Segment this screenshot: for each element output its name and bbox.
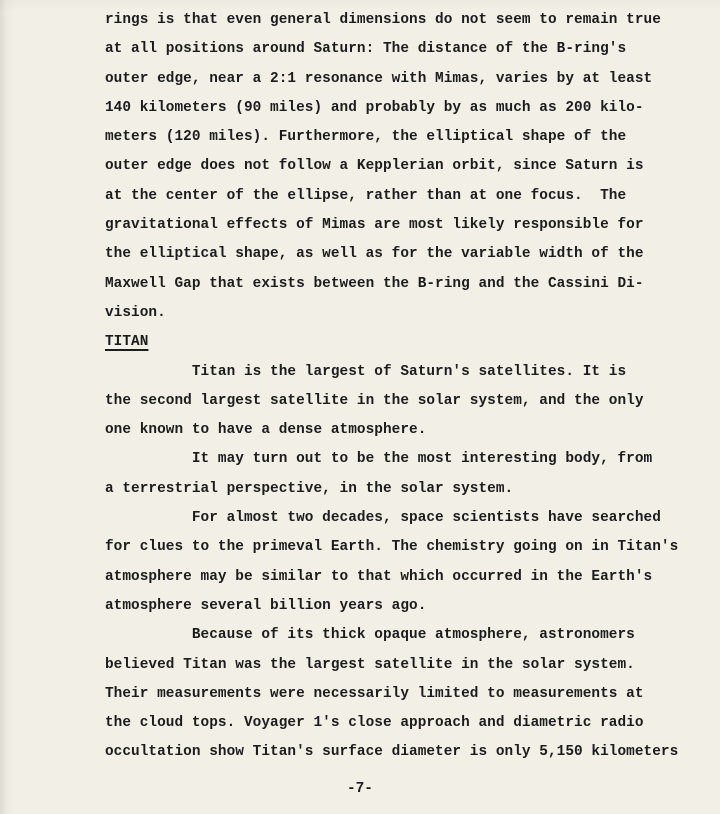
text-line: the cloud tops. Voyager 1's close approa… [105,709,720,738]
page-number: -7- [0,781,720,797]
text-line: Maxwell Gap that exists between the B-ri… [105,270,720,299]
text-line: outer edge, near a 2:1 resonance with Mi… [105,65,720,94]
text-line: a terrestrial perspective, in the solar … [105,475,720,504]
text-line: Titan is the largest of Saturn's satelli… [105,358,720,387]
text-line: meters (120 miles). Furthermore, the ell… [105,123,720,152]
text-line: believed Titan was the largest satellite… [105,651,720,680]
text-line: atmosphere may be similar to that which … [105,563,720,592]
text-line: vision. [105,299,720,328]
text-line: occultation show Titan's surface diamete… [105,738,720,767]
text-line: one known to have a dense atmosphere. [105,416,720,445]
text-line: Because of its thick opaque atmosphere, … [105,621,720,650]
text-line: rings is that even general dimensions do… [105,6,720,35]
text-line: For almost two decades, space scientists… [105,504,720,533]
text-line: for clues to the primeval Earth. The che… [105,533,720,562]
section-heading: TITAN [105,328,720,357]
text-line: outer edge does not follow a Kepplerian … [105,152,720,181]
text-line: atmosphere several billion years ago. [105,592,720,621]
text-line: at the center of the ellipse, rather tha… [105,182,720,211]
text-line: the second largest satellite in the sola… [105,387,720,416]
text-line: It may turn out to be the most interesti… [105,445,720,474]
text-line: 140 kilometers (90 miles) and probably b… [105,94,720,123]
typewritten-text: rings is that even general dimensions do… [105,6,720,768]
document-page: rings is that even general dimensions do… [0,0,720,814]
text-line: gravitational effects of Mimas are most … [105,211,720,240]
text-line: at all positions around Saturn: The dist… [105,35,720,64]
text-line: Their measurements were necessarily limi… [105,680,720,709]
text-line: the elliptical shape, as well as for the… [105,240,720,269]
